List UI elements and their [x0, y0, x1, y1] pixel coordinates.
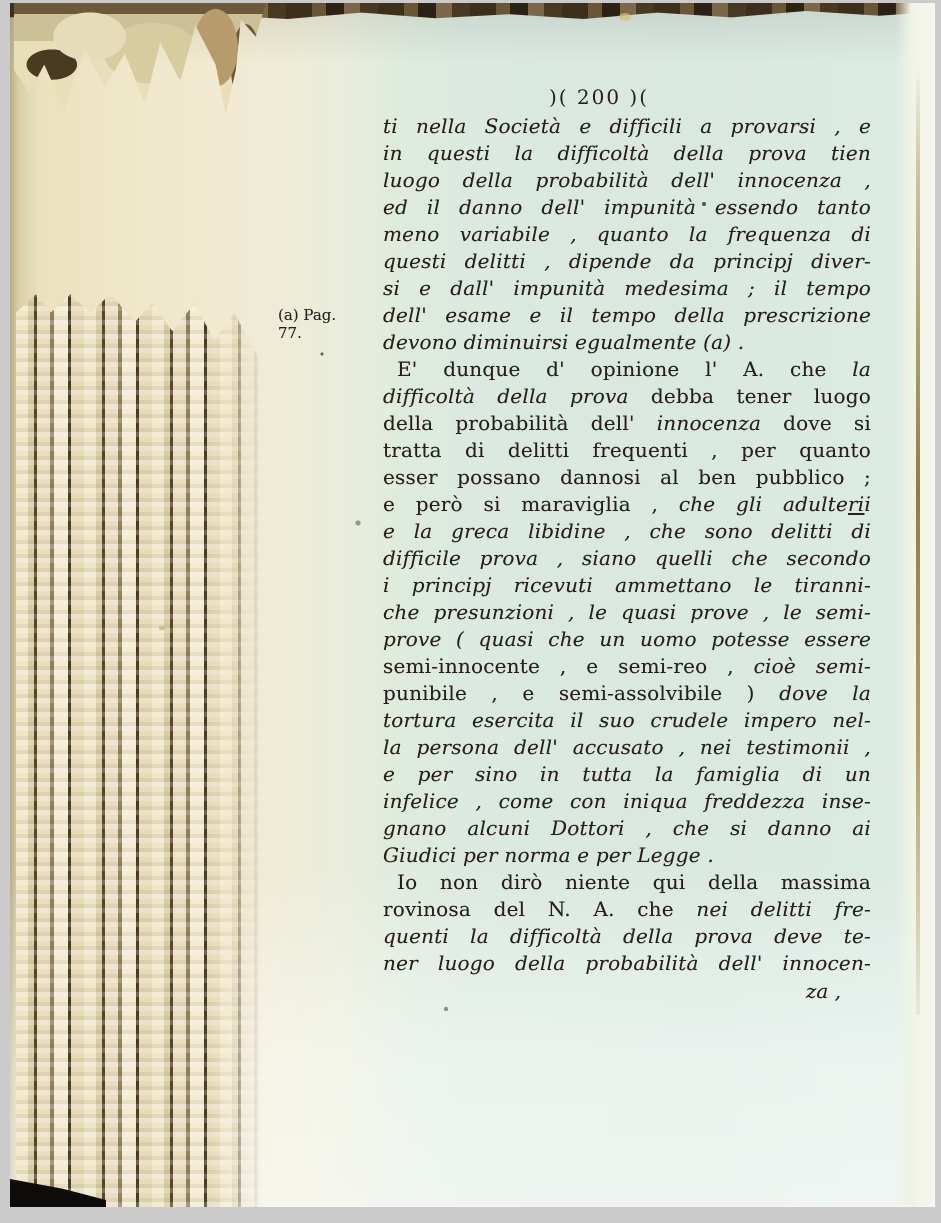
text-segment: meno variabile , quanto la frequenza di [383, 222, 871, 246]
text-segment: questi delitti , dipende da principj div… [383, 249, 871, 273]
text-segment: tortura esercita il suo crudele impero n… [383, 708, 871, 732]
text-line: difficile prova , siano quelli che secon… [383, 545, 871, 572]
text-segment: dove si [761, 411, 871, 435]
text-segment: prove ( quasi che un uomo potesse essere [383, 627, 871, 651]
text-line: dell' esame e il tempo della prescrizion… [383, 302, 871, 329]
text-line: prove ( quasi che un uomo potesse essere [383, 626, 871, 653]
margin-note-line: 77. [278, 324, 378, 342]
page-number-header: )( 200 )( [383, 85, 871, 109]
right-page-edge [895, 3, 935, 1207]
text-line: punibile , e semi-assolvibile ) dove la [383, 680, 871, 707]
text-line: che presunzioni , le quasi prove , le se… [383, 599, 871, 626]
text-line: ti nella Società e difficili a provarsi … [383, 113, 871, 140]
fiber-thread [916, 65, 920, 1015]
text-segment: cioè semi- [754, 654, 871, 678]
text-segment: Giudici per norma e per Legge . [383, 843, 714, 867]
text-line: e per sino in tutta la famiglia di un [383, 761, 871, 788]
text-segment: la persona dell' accusato , nei testimon… [383, 735, 871, 759]
text-segment: in questi la difficoltà della prova tien [383, 141, 871, 165]
text-segment: i principj ricevuti ammettano le tiranni… [383, 573, 871, 597]
text-segment: E' dunque d' opinione l' A. che [397, 357, 852, 381]
text-line: Giudici per norma e per Legge . [383, 842, 871, 869]
text-block: ti nella Società e difficili a provarsi … [383, 113, 871, 977]
text-segment: che gli adulte [679, 492, 848, 516]
text-line: difficoltà della prova debba tener luogo [383, 383, 871, 410]
text-line: e la greca libidine , che sono delitti d… [383, 518, 871, 545]
text-line: ner luogo della probabilità dell' innoce… [383, 950, 871, 977]
page-photo: )( 200 )( (a) Pag. 77. ti nella Società … [10, 3, 935, 1207]
text-segment: luogo della probabilità dell' innocenza … [383, 168, 871, 192]
text-segment: ti nella Società e difficili a provarsi … [383, 114, 871, 138]
text-line: della probabilità dell' innocenza dove s… [383, 410, 871, 437]
text-segment: gnano alcuni Dottori , che si danno ai [383, 816, 871, 840]
text-line: E' dunque d' opinione l' A. che la [383, 356, 871, 383]
text-segment: semi-innocente , e semi-reo , [383, 654, 754, 678]
text-segment: debba tener luogo [651, 384, 871, 408]
text-segment: ed il danno dell' impunità essendo tanto [383, 195, 871, 219]
text-segment: si e dall' impunità medesima ; il tempo [383, 276, 871, 300]
margin-note-line: (a) Pag. [278, 306, 378, 324]
text-segment: Io non dirò niente qui della massima [397, 870, 871, 894]
text-segment: e per sino in tutta la famiglia di un [383, 762, 871, 786]
text-segment: difficile prova , siano quelli che secon… [383, 546, 871, 570]
catchword: za , [383, 979, 871, 1003]
text-segment: infelice , come con iniqua freddezza ins… [383, 789, 871, 813]
text-segment: che presunzioni , le quasi prove , le se… [383, 600, 871, 624]
text-line: meno variabile , quanto la frequenza di [383, 221, 871, 248]
text-segment: esser possano dannosi al ben pubblico ; [383, 465, 871, 489]
text-line: luogo della probabilità dell' innocenza … [383, 167, 871, 194]
text-segment: tratta di delitti frequenti , per quanto [383, 438, 871, 462]
text-segment: la [852, 357, 871, 381]
text-line: tortura esercita il suo crudele impero n… [383, 707, 871, 734]
text-line: ed il danno dell' impunità essendo tanto [383, 194, 871, 221]
text-line: gnano alcuni Dottori , che si danno ai [383, 815, 871, 842]
text-segment: difficoltà della prova [383, 384, 651, 408]
text-line: tratta di delitti frequenti , per quanto [383, 437, 871, 464]
text-segment: punibile , e semi-assolvibile ) [383, 681, 779, 705]
text-segment: e però si maraviglia , [383, 492, 679, 516]
text-line: Io non dirò niente qui della massima [383, 869, 871, 896]
text-line: la persona dell' accusato , nei testimon… [383, 734, 871, 761]
text-segment: e la greca libidine , che sono delitti d… [383, 519, 871, 543]
text-segment: dove la [779, 681, 871, 705]
text-line: in questi la difficoltà della prova tien [383, 140, 871, 167]
torn-top-left-clump [14, 3, 266, 115]
text-segment: quenti la difficoltà della prova deve te… [383, 924, 871, 948]
text-segment: dell' esame e il tempo della prescrizion… [383, 303, 871, 327]
text-line: si e dall' impunità medesima ; il tempo [383, 275, 871, 302]
text-line: e però si maraviglia , che gli adulterii [383, 491, 871, 518]
text-segment: nei delitti fre- [696, 897, 871, 921]
text-segment: i [864, 492, 871, 516]
text-line: semi-innocente , e semi-reo , cioè semi- [383, 653, 871, 680]
text-line: infelice , come con iniqua freddezza ins… [383, 788, 871, 815]
text-segment: ri [848, 492, 864, 516]
text-segment: devono diminuirsi egualmente (a) . [383, 330, 744, 354]
text-segment: rovinosa del N. A. che [383, 897, 696, 921]
text-segment: innocenza [657, 411, 761, 435]
book-page-scan: )( 200 )( (a) Pag. 77. ti nella Società … [0, 0, 941, 1223]
deckle-edge-stack [16, 285, 264, 1207]
text-line: rovinosa del N. A. che nei delitti fre- [383, 896, 871, 923]
text-line: i principj ricevuti ammettano le tiranni… [383, 572, 871, 599]
text-line: questi delitti , dipende da principj div… [383, 248, 871, 275]
text-segment: della probabilità dell' [383, 411, 657, 435]
text-line: esser possano dannosi al ben pubblico ; [383, 464, 871, 491]
text-line: devono diminuirsi egualmente (a) . [383, 329, 871, 356]
text-line: quenti la difficoltà della prova deve te… [383, 923, 871, 950]
margin-note: (a) Pag. 77. [278, 306, 378, 342]
text-segment: ner luogo della probabilità dell' innoce… [383, 951, 871, 975]
